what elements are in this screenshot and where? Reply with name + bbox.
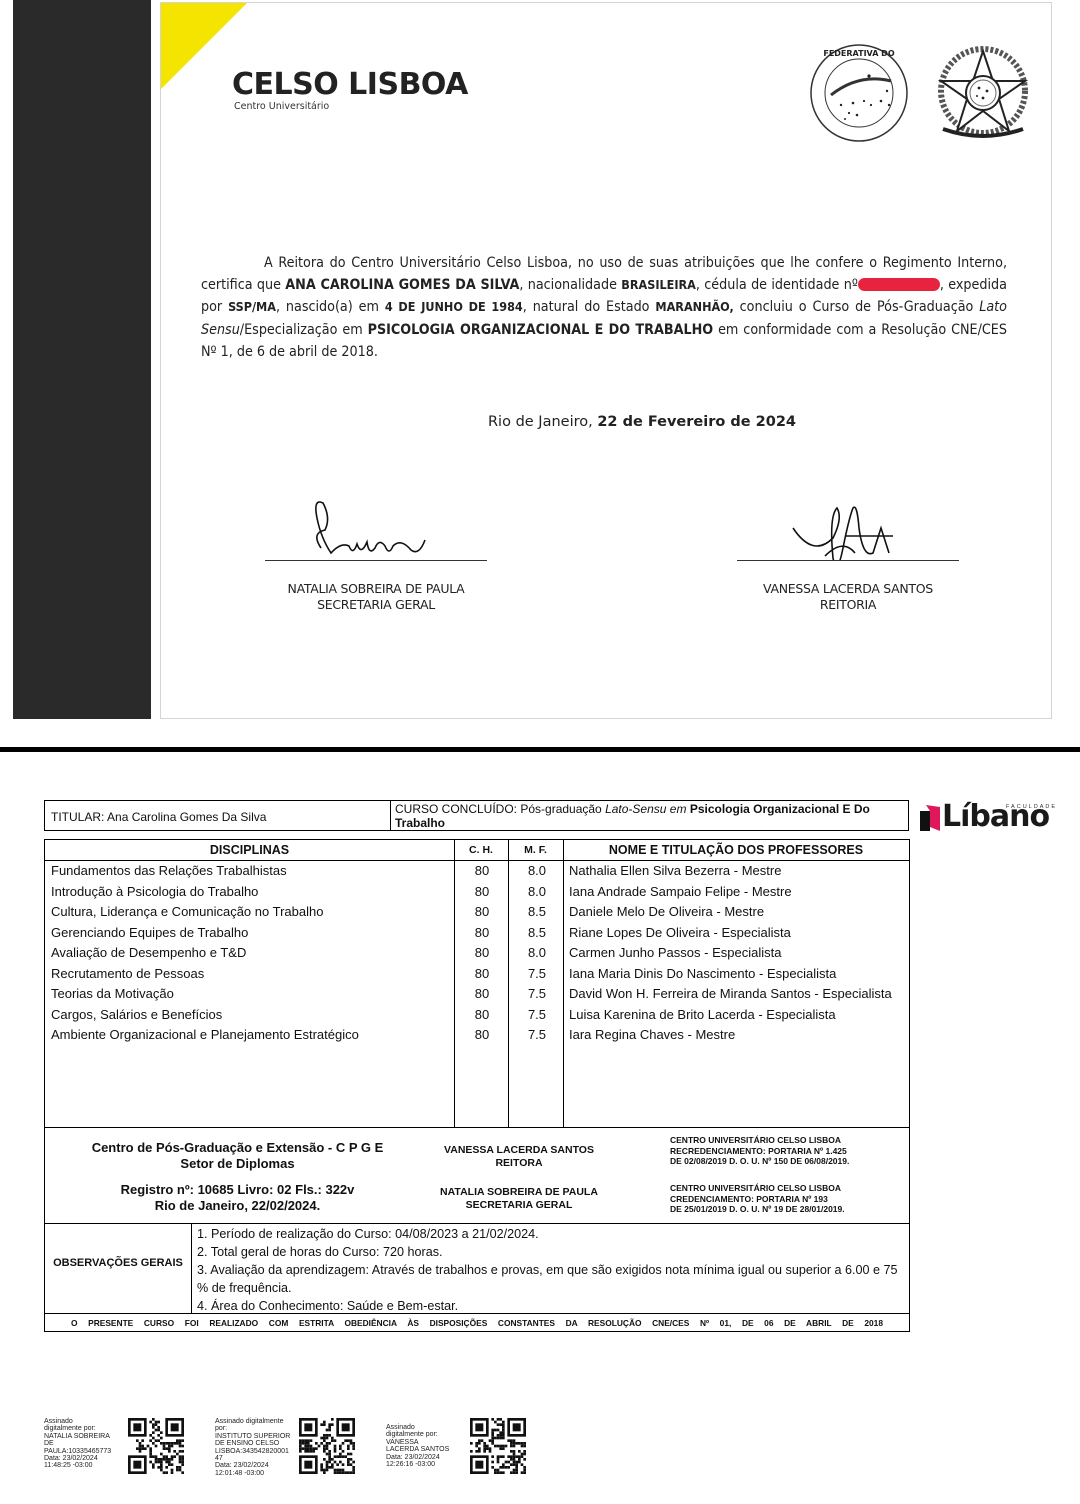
signature-secretary: NATALIA SOBREIRA DE PAULA SECRETARIA GER… (261, 498, 491, 613)
hours-cell: 80 (455, 925, 509, 940)
discipline-cell: Fundamentos das Relações Trabalhistas (51, 863, 287, 878)
signature-line-text: Data: 23/02/2024 (44, 1455, 111, 1462)
table-row: Cultura, Liderança e Comunicação no Trab… (45, 903, 909, 924)
signature-line-text: PAULA:10335465773 (44, 1448, 111, 1455)
diploma-left-band (13, 0, 151, 719)
celso-lisboa-logo: CELSO LISBOA Centro Universitário (232, 69, 468, 113)
nationality: BRASILEIRA (621, 277, 696, 292)
official-secretary: NATALIA SOBREIRA DE PAULA SECRETARIA GER… (430, 1186, 608, 1212)
text-fragment: concluiu o Curso de Pós-Graduação (734, 299, 980, 315)
accreditation-line: DE 25/01/2019 D. O. U. Nº 19 DE 28/01/20… (670, 1204, 845, 1215)
table-body: Fundamentos das Relações Trabalhistas808… (45, 862, 909, 1047)
accreditation-line: CREDENCIAMENTO: PORTARIA Nº 193 (670, 1194, 845, 1205)
course-lato: Lato-Sensu em (605, 802, 686, 816)
text-fragment: , cédula de identidade nº (696, 277, 858, 293)
signature-line-text: INSTITUTO SUPERIOR (215, 1433, 290, 1440)
discipline-cell: Cultura, Liderança e Comunicação no Trab… (51, 904, 323, 919)
table-row: Introdução à Psicologia do Trabalho808.0… (45, 883, 909, 904)
discipline-cell: Gerenciando Equipes de Trabalho (51, 925, 248, 940)
redacted-id (858, 278, 940, 291)
column-header: DISCIPLINAS (45, 843, 454, 857)
student-name: ANA CAROLINA GOMES DA SILVA (285, 277, 519, 293)
text-fragment: , nacionalidade (519, 277, 621, 293)
grade-cell: 8.5 (509, 904, 565, 919)
official-rector: VANESSA LACERDA SANTOS REITORA (430, 1144, 608, 1170)
accreditation-line: RECREDENCIAMENTO: PORTARIA Nº 1.425 (670, 1146, 849, 1157)
disciplines-table: DISCIPLINAS C. H. M. F. NOME E TITULAÇÃO… (44, 839, 910, 1128)
registry-center: Centro de Pós-Graduação e Extensão - C P… (45, 1140, 430, 1156)
table-row: Fundamentos das Relações Trabalhistas808… (45, 862, 909, 883)
signature-line-text: por: (215, 1425, 290, 1432)
professor-cell: David Won H. Ferreira de Miranda Santos … (569, 986, 892, 1001)
accreditation-line: DE 02/08/2019 D. O. U. Nº 150 DE 06/08/2… (670, 1156, 849, 1167)
professor-cell: Nathalia Ellen Silva Bezerra - Mestre (569, 863, 781, 878)
registry-sector: Setor de Diplomas (45, 1156, 430, 1172)
signature-line-text: Assinado (44, 1418, 111, 1425)
signature-line-text: digitalmente por: (44, 1425, 111, 1432)
signature-line-text: Data: 23/02/2024 (386, 1454, 449, 1461)
registry-info: Centro de Pós-Graduação e Extensão - C P… (45, 1140, 430, 1214)
accreditation-line: CENTRO UNIVERSITÁRIO CELSO LISBOA (670, 1183, 845, 1194)
grade-cell: 8.0 (509, 945, 565, 960)
signature-line-text: 11:48:25 -03:00 (44, 1462, 111, 1469)
table-row: Gerenciando Equipes de Trabalho808.5Rian… (45, 924, 909, 945)
signature-line-text: 47 (215, 1455, 290, 1462)
registry-place-date: Rio de Janeiro, 22/02/2024. (45, 1198, 430, 1214)
column-header: C. H. (454, 844, 508, 856)
table-header: DISCIPLINAS C. H. M. F. NOME E TITULAÇÃO… (45, 840, 909, 861)
faculdade-libano-logo: Líbano FACULDADE (920, 803, 1065, 837)
text-fragment: , nascido(a) em (276, 299, 385, 315)
handwritten-signature-icon (733, 498, 963, 560)
grade-cell: 8.5 (509, 925, 565, 940)
digital-signature-vanessa: Assinadodigitalmente por:VANESSALACERDA … (386, 1424, 449, 1468)
signature-line-text: 12:01:48 -03:00 (215, 1470, 290, 1477)
table-row: Cargos, Salários e Benefícios807.5Luisa … (45, 1006, 909, 1027)
accreditation-line: CENTRO UNIVERSITÁRIO CELSO LISBOA (670, 1135, 849, 1146)
course-name: PSICOLOGIA ORGANIZACIONAL E DO TRABALHO (368, 322, 714, 338)
official-role: REITORA (430, 1157, 608, 1170)
signature-line-text: DE ENSINO CELSO (215, 1440, 290, 1447)
text-fragment: /Especialização em (240, 322, 368, 338)
professor-cell: Carmen Junho Passos - Especialista (569, 945, 781, 960)
grade-cell: 8.0 (509, 863, 565, 878)
registry-record: Registro nº: 10685 Livro: 02 Fls.: 322v (45, 1182, 430, 1198)
birth-state: MARANHÃO, (655, 299, 733, 314)
official-name: VANESSA LACERDA SANTOS (430, 1144, 608, 1157)
accreditation-credenciamento: CENTRO UNIVERSITÁRIO CELSO LISBOA CREDEN… (670, 1183, 845, 1215)
coat-of-arms-icon (933, 43, 1033, 143)
column-header: M. F. (508, 844, 563, 856)
registry-block: Centro de Pós-Graduação e Extensão - C P… (44, 1127, 910, 1224)
table-row: Recrutamento de Pessoas807.5Iana Maria D… (45, 965, 909, 986)
table-row: Avaliação de Desempenho e T&D808.0Carmen… (45, 944, 909, 965)
discipline-cell: Avaliação de Desempenho e T&D (51, 945, 246, 960)
federal-seal-icon: FEDERATIVA DO (809, 43, 909, 143)
grade-cell: 7.5 (509, 1027, 565, 1042)
discipline-cell: Recrutamento de Pessoas (51, 966, 204, 981)
signature-line-text: Assinado digitalmente (215, 1418, 290, 1425)
grade-cell: 7.5 (509, 1007, 565, 1022)
signature-line-text: DE (44, 1440, 111, 1447)
resolution-footnote: O PRESENTE CURSO FOI REALIZADO COM ESTRI… (44, 1313, 910, 1332)
signature-line-text: 12:26:16 -03:00 (386, 1461, 449, 1468)
signature-line-text: digitalmente por: (386, 1431, 449, 1438)
titular-field: TITULAR: Ana Carolina Gomes Da Silva (45, 801, 391, 830)
libano-mark-icon (920, 805, 940, 831)
professor-cell: Luisa Karenina de Brito Lacerda - Especi… (569, 1007, 836, 1022)
observation-item: 2. Total geral de horas do Curso: 720 ho… (197, 1243, 899, 1261)
professor-cell: Iana Andrade Sampaio Felipe - Mestre (569, 884, 792, 899)
brand-name: CELSO LISBOA (232, 69, 468, 101)
signature-line-text: NATALIA SOBREIRA (44, 1433, 111, 1440)
observations-block: OBSERVAÇÕES GERAIS 1. Período de realiza… (44, 1223, 910, 1314)
grade-cell: 7.5 (509, 986, 565, 1001)
text-fragment: , natural do Estado (523, 299, 656, 315)
issue-date: 22 de Fevereiro de 2024 (597, 414, 796, 430)
handwritten-signature-icon (261, 498, 491, 560)
hours-cell: 80 (455, 1007, 509, 1022)
qr-code-icon[interactable] (128, 1418, 184, 1474)
signature-line (265, 560, 487, 561)
observations-list: 1. Período de realização do Curso: 04/08… (197, 1225, 899, 1315)
id-issuer: SSP/MA (228, 299, 276, 314)
hours-cell: 80 (455, 986, 509, 1001)
professor-cell: Iana Maria Dinis Do Nascimento - Especia… (569, 966, 836, 981)
signature-line (737, 560, 959, 561)
table-row: Teorias da Motivação807.5David Won H. Fe… (45, 985, 909, 1006)
observations-label: OBSERVAÇÕES GERAIS (45, 1224, 192, 1313)
digital-signature-natalia: Assinadodigitalmente por:NATALIA SOBREIR… (44, 1418, 111, 1470)
signature-line-text: Assinado (386, 1424, 449, 1431)
hours-cell: 80 (455, 884, 509, 899)
brand-subtitle: Centro Universitário (234, 101, 468, 113)
accreditation-recredenciamento: CENTRO UNIVERSITÁRIO CELSO LISBOA RECRED… (670, 1135, 849, 1167)
hours-cell: 80 (455, 863, 509, 878)
diploma-sheet: CELSO LISBOA Centro Universitário FEDERA… (160, 2, 1052, 719)
qr-code-icon[interactable] (299, 1418, 355, 1474)
digital-signature-instituto: Assinado digitalmentepor:INSTITUTO SUPER… (215, 1418, 290, 1477)
discipline-cell: Teorias da Motivação (51, 986, 174, 1001)
official-role: SECRETARIA GERAL (430, 1199, 608, 1212)
professor-cell: Daniele Melo De Oliveira - Mestre (569, 904, 764, 919)
certificate-place-date: Rio de Janeiro, 22 de Fevereiro de 2024 (161, 414, 1051, 430)
signer-name: NATALIA SOBREIRA DE PAULA (261, 581, 491, 597)
signature-line-text: VANESSA (386, 1439, 449, 1446)
svg-text:FEDERATIVA DO: FEDERATIVA DO (823, 49, 894, 58)
qr-code-icon[interactable] (470, 1418, 526, 1474)
place: Rio de Janeiro, (488, 414, 597, 430)
signer-name: VANESSA LACERDA SANTOS (733, 581, 963, 597)
transcript-header: TITULAR: Ana Carolina Gomes Da Silva CUR… (44, 800, 909, 831)
signer-role: REITORIA (733, 597, 963, 613)
professor-cell: Riane Lopes De Oliveira - Especialista (569, 925, 791, 940)
course-completed-field: CURSO CONCLUÍDO: Pós-graduação Lato-Sens… (391, 801, 908, 830)
official-name: NATALIA SOBREIRA DE PAULA (430, 1186, 608, 1199)
libano-faculdade: FACULDADE (1006, 804, 1057, 810)
hours-cell: 80 (455, 966, 509, 981)
signature-line-text: Data: 23/02/2024 (215, 1462, 290, 1469)
certificate-text: A Reitora do Centro Universitário Celso … (201, 252, 1007, 363)
discipline-cell: Cargos, Salários e Benefícios (51, 1007, 222, 1022)
observation-item: 3. Avaliação da aprendizagem: Através de… (197, 1261, 899, 1297)
signature-line-text: LISBOA:343542820001 (215, 1448, 290, 1455)
grade-cell: 7.5 (509, 966, 565, 981)
course-prefix: CURSO CONCLUÍDO: Pós-graduação (395, 802, 605, 816)
signature-line-text: LACERDA SANTOS (386, 1446, 449, 1453)
observation-item: 1. Período de realização do Curso: 04/08… (197, 1225, 899, 1243)
professor-cell: Iara Regina Chaves - Mestre (569, 1027, 735, 1042)
grade-cell: 8.0 (509, 884, 565, 899)
page-divider (0, 747, 1080, 752)
birth-date: 4 DE JUNHO DE 1984 (385, 299, 523, 314)
signature-rector: VANESSA LACERDA SANTOS REITORIA (733, 498, 963, 613)
hours-cell: 80 (455, 1027, 509, 1042)
discipline-cell: Ambiente Organizacional e Planejamento E… (51, 1027, 359, 1042)
hours-cell: 80 (455, 945, 509, 960)
discipline-cell: Introdução à Psicologia do Trabalho (51, 884, 258, 899)
table-row: Ambiente Organizacional e Planejamento E… (45, 1026, 909, 1047)
column-header: NOME E TITULAÇÃO DOS PROFESSORES (563, 843, 909, 857)
hours-cell: 80 (455, 904, 509, 919)
signer-role: SECRETARIA GERAL (261, 597, 491, 613)
